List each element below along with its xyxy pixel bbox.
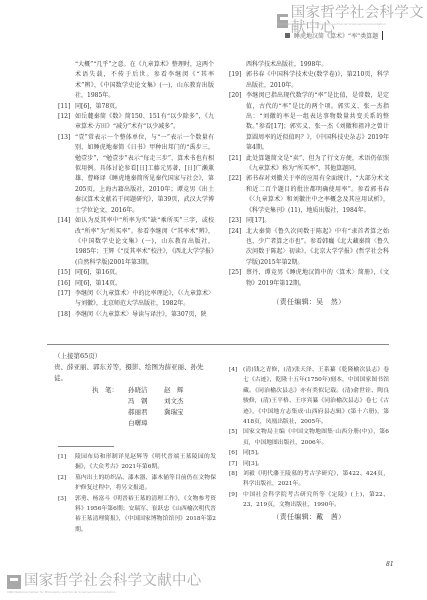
upper-left-notes: “大概”“几乎”之意。在《九章算术》整理时，这两个术语失载，不传于后世。参看李继… bbox=[58, 60, 214, 320]
note-item: [20]李继闵已指出现代数学的“率”是比值，是常数，是定值，古代的“率”是比的两… bbox=[229, 91, 389, 153]
note-item: [8]刘毅《明代藩王陵墓的考古学研究》，第422、424页，科学出版社，2021… bbox=[229, 469, 389, 490]
watermark-subtitle: CNKI National Center for Philosophy and … bbox=[277, 22, 386, 26]
author-name: 赵 辉 bbox=[164, 385, 184, 396]
note-continuation: “大概”“几乎”之意。在《九章算术》整理时，这两个术语失载，不传于后世。参看李继… bbox=[58, 60, 214, 102]
lower-left-notes: [1]陵园布局和形制详见赵辉等《明代晋端王墓陵园的发掘》，《大众考古》2021年… bbox=[58, 452, 216, 535]
continued-article: （上接第65页） 贵、薛亚丽、郭东芳等，摄影、绘图为薛亚丽、孙先徒。 执 笔：孙… bbox=[54, 351, 214, 429]
note-item: [4](清)钱之青修，(清)张天泽、王系纂《乾隆榆次县志》卷七《古迹》，乾隆十五… bbox=[229, 365, 389, 427]
note-item: [21]此处算题简文是“卖”，但为了行文方便，术语仍依照《九章算术》称为“所买率… bbox=[229, 154, 389, 175]
section-divider bbox=[47, 344, 389, 345]
note-item: [11]同[6]，第78页。 bbox=[58, 102, 214, 112]
note-item: [22]郭书春对刘徽关于率的应用有全面统计，“大部分术文和近二百个题目的批注都明… bbox=[229, 174, 389, 216]
lower-right-notes: [4](清)钱之青修，(清)张天泽、王系纂《乾隆榆次县志》卷七《古迹》，乾隆十五… bbox=[229, 365, 389, 522]
editor-credit-upper: （责任编辑：吴 然） bbox=[229, 297, 389, 307]
square-bullet-icon bbox=[285, 33, 290, 38]
author-name: 白曙璋 bbox=[128, 418, 164, 429]
note-item: [15]同[6]，第16页。 bbox=[58, 268, 214, 278]
note-item: [18]李继闵《〈九章算术〉导读与译注》，第307页，陕 bbox=[58, 310, 214, 320]
watermark-subtitle: CNKI National Center for Philosophy and … bbox=[7, 590, 116, 594]
watermark-title: 国家哲学社会科学文献中心 bbox=[24, 574, 202, 589]
note-item: [2]墓内出土的纺织品、漆木器、漆木俑等目前仍在文物保护修复过程中，将另文报道。 bbox=[58, 473, 216, 494]
author-name: 冯 钢 bbox=[128, 396, 164, 407]
watermark-bottom: 国家哲学社会科学文献中心 CNKI National Center for Ph… bbox=[7, 574, 202, 589]
running-head-title: 睡虎地汉简《算术》“率”类算题 bbox=[294, 31, 378, 40]
note-item: [9]中国社会科学院考古研究所等《定陵》(上)，第22、23、219页，文物出版… bbox=[229, 490, 389, 511]
note-item: [7]同[3]。 bbox=[229, 459, 389, 469]
continued-label: （上接第65页） bbox=[54, 351, 214, 362]
author-name: 刘文杰 bbox=[164, 396, 184, 407]
note-item: [17]李继闵《〈九章算术〉中的比率理论》，《〈九章算术〉与刘徽》，北京师范大学… bbox=[58, 289, 214, 310]
note-item: [12]如岳麓秦简《数》简150、151有“以少除多”，《九章算术·方田》“减分… bbox=[58, 112, 214, 133]
note-item: [13]“壹”常表示一个整体单位，与“一”表示一个数量有别，如睡虎地秦简《日书》… bbox=[58, 133, 214, 216]
divider-bar bbox=[382, 31, 383, 40]
upper-right-notes: 西科学技术出版社，1998年。 [19]郭书春《中国科学技术史(数学卷)》，第2… bbox=[229, 60, 389, 307]
author-name: 郝丽君 bbox=[128, 407, 164, 418]
note-item: [3]郭勇、杨富斗《明晋裕王墓的清理工作》，《文物参考资料》1956年第6期；安… bbox=[58, 494, 216, 536]
authors-block: 执 笔：孙晓洁赵 辉 冯 钢刘文杰 郝丽君冀瑞宝 白曙璋 bbox=[92, 385, 214, 429]
editor-credit-lower: （责任编辑：戴 茜） bbox=[229, 512, 389, 522]
note-item: [16]同[6]，第14页。 bbox=[58, 279, 214, 289]
authors-label: 执 笔： bbox=[92, 385, 128, 396]
page-number: 81 bbox=[386, 561, 394, 568]
footnote-rule bbox=[58, 446, 114, 447]
running-head: 睡虎地汉简《算术》“率”类算题 bbox=[285, 31, 383, 40]
note-item: [25]蔡丹、谭竞男《睡虎地汉简中的〈算术〉简册》，《文物》2019年第12期。 bbox=[229, 268, 389, 289]
note-item: [19]郭书春《中国科学技术史(数学卷)》，第210页，科学出版社，2010年。 bbox=[229, 70, 389, 91]
note-item: [14]如认为反其率中“所率为实”缺“乘所买”三字，或校改“所率”为“所买率”。… bbox=[58, 216, 214, 268]
note-item: [5]国家文物局主编《中国文物地图集·山西分册(中)》，第6页，中国地图出版社，… bbox=[229, 427, 389, 448]
cnki-logo-icon bbox=[7, 575, 21, 589]
note-continuation: 西科学技术出版社，1998年。 bbox=[229, 60, 389, 70]
note-item: [24]北大秦简《鲁久次问数于陈起》中有“隶首者算之始也，少广者算之市也”。参看… bbox=[229, 227, 389, 269]
continued-text: 贵、薛亚丽、郭东芳等，摄影、绘图为薛亚丽、孙先徒。 bbox=[54, 362, 214, 384]
author-name: 冀瑞宝 bbox=[164, 407, 184, 418]
note-item: [6]同[5]。 bbox=[229, 448, 389, 458]
note-item: [1]陵园布局和形制详见赵辉等《明代晋端王墓陵园的发掘》，《大众考古》2021年… bbox=[58, 452, 216, 473]
author-name: 孙晓洁 bbox=[128, 385, 164, 396]
note-item: [23]同[17]。 bbox=[229, 216, 389, 226]
